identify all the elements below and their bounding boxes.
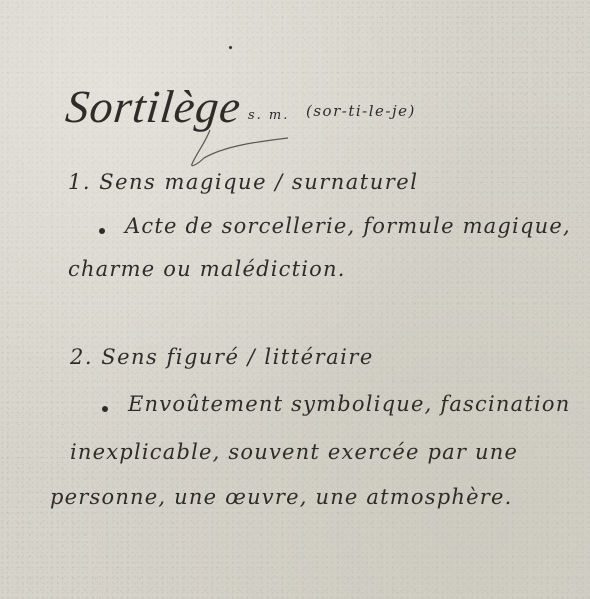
sense-2-title: 2. Sens figuré / littéraire bbox=[70, 345, 374, 369]
sense-2-definition-line: personne, une œuvre, une atmosphère. bbox=[50, 485, 512, 509]
sense-1-definition-line: charme ou malédiction. bbox=[68, 257, 346, 281]
part-of-speech: s. m. bbox=[248, 108, 289, 123]
sense-2-definition-line: inexplicable, souvent exercée par une bbox=[70, 440, 518, 464]
pronunciation: (sor-ti-le-je) bbox=[306, 102, 416, 120]
sense-2-definition-line: Envoûtement symbolique, fascination bbox=[128, 392, 570, 416]
sense-1-title: 1. Sens magique / surnaturel bbox=[68, 170, 418, 194]
sense-1-definition-line: Acte de sorcellerie, formule magique, bbox=[125, 214, 571, 238]
bullet-icon bbox=[102, 406, 108, 412]
aged-paper-document: Sortilège s. m. (sor-ti-le-je) 1. Sens m… bbox=[0, 0, 590, 599]
headword: Sortilège bbox=[63, 80, 244, 133]
ink-speck bbox=[228, 45, 232, 49]
headword-flourish bbox=[170, 128, 290, 168]
bullet-icon bbox=[99, 228, 105, 234]
